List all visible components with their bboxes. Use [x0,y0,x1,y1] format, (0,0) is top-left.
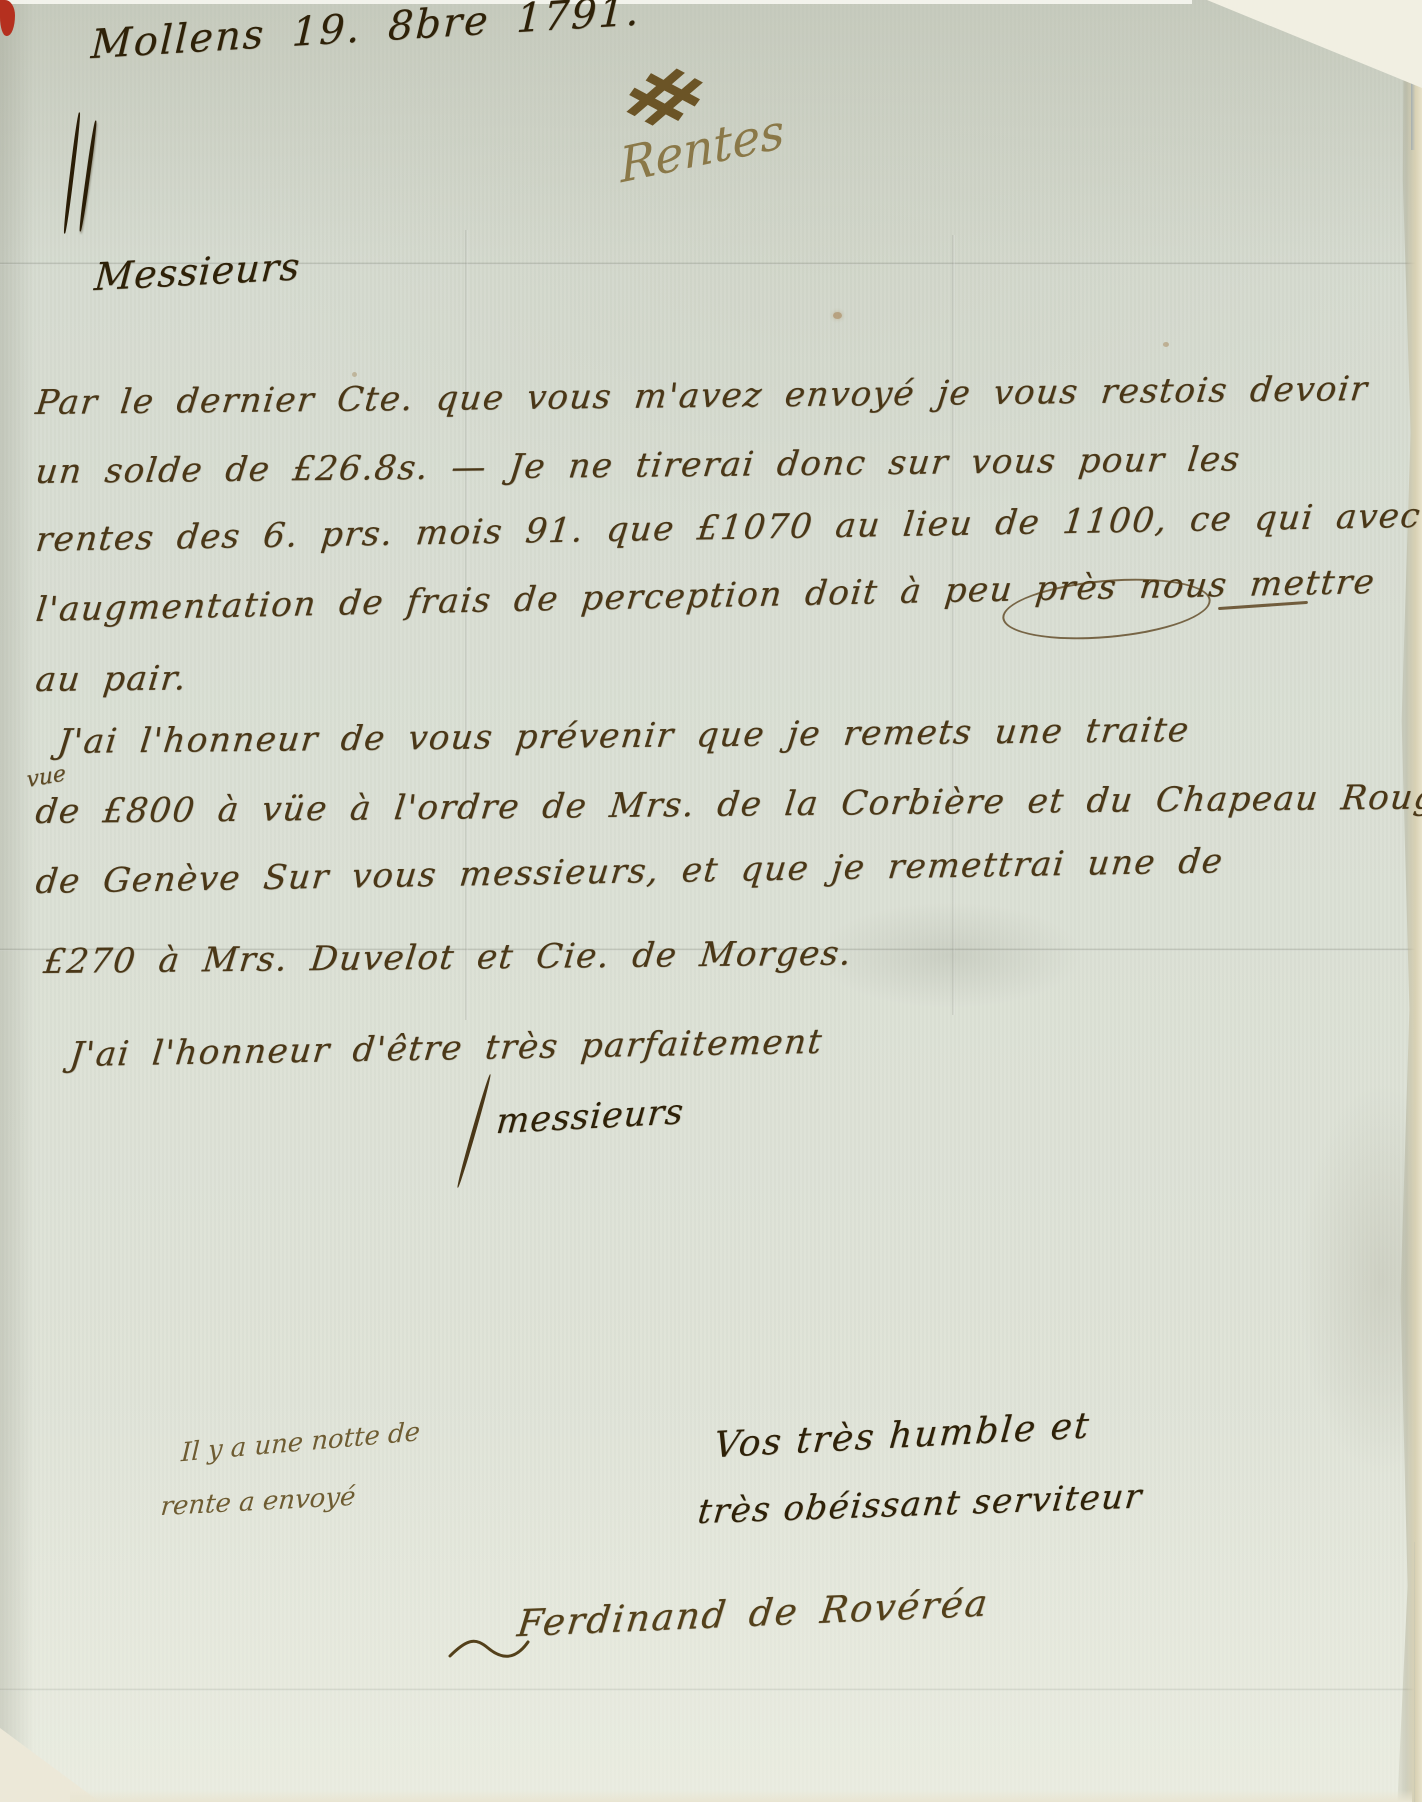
body-line: J'ai l'honneur de vous prévenir que je r… [56,710,1192,762]
interline-insertion: vue [26,761,66,793]
foxing-spot [352,372,357,377]
bottom-edge [70,1790,1412,1802]
body-line: un solde de £26.8s. — Je ne tirerai donc… [34,439,1243,492]
body-line: au pair. [34,658,190,700]
body-line: Par le dernier Cte. que vous m'avez envo… [34,369,1371,423]
letter-scan: Mollens 19. 8bre 1791. # Rentes Messieur… [0,0,1422,1802]
closing-salutation: messieurs [494,1092,685,1142]
paper-tone-left [0,0,34,1802]
pen-stroke [63,112,82,234]
double-stroke-mark [64,112,110,242]
paper-wrinkle-right [1222,1000,1422,1560]
fold-crease-horizontal-bottom [0,1688,1422,1691]
body-line: £270 à Mrs. Duvelot et Cie. de Morges. [42,934,855,982]
pen-stroke [78,120,98,231]
closing-line: J'ai l'honneur d'être très parfaitement [68,1022,825,1075]
foxing-spot [1163,342,1169,347]
foxing-spot [833,312,842,319]
fold-crease-vertical-left [465,230,468,1020]
pen-slash-stroke [456,1074,492,1189]
body-line: rentes des 6. prs. mois 91. que £1070 au… [34,496,1422,560]
body-line: de £800 à vüe à l'ordre de Mrs. de la Co… [34,777,1422,832]
